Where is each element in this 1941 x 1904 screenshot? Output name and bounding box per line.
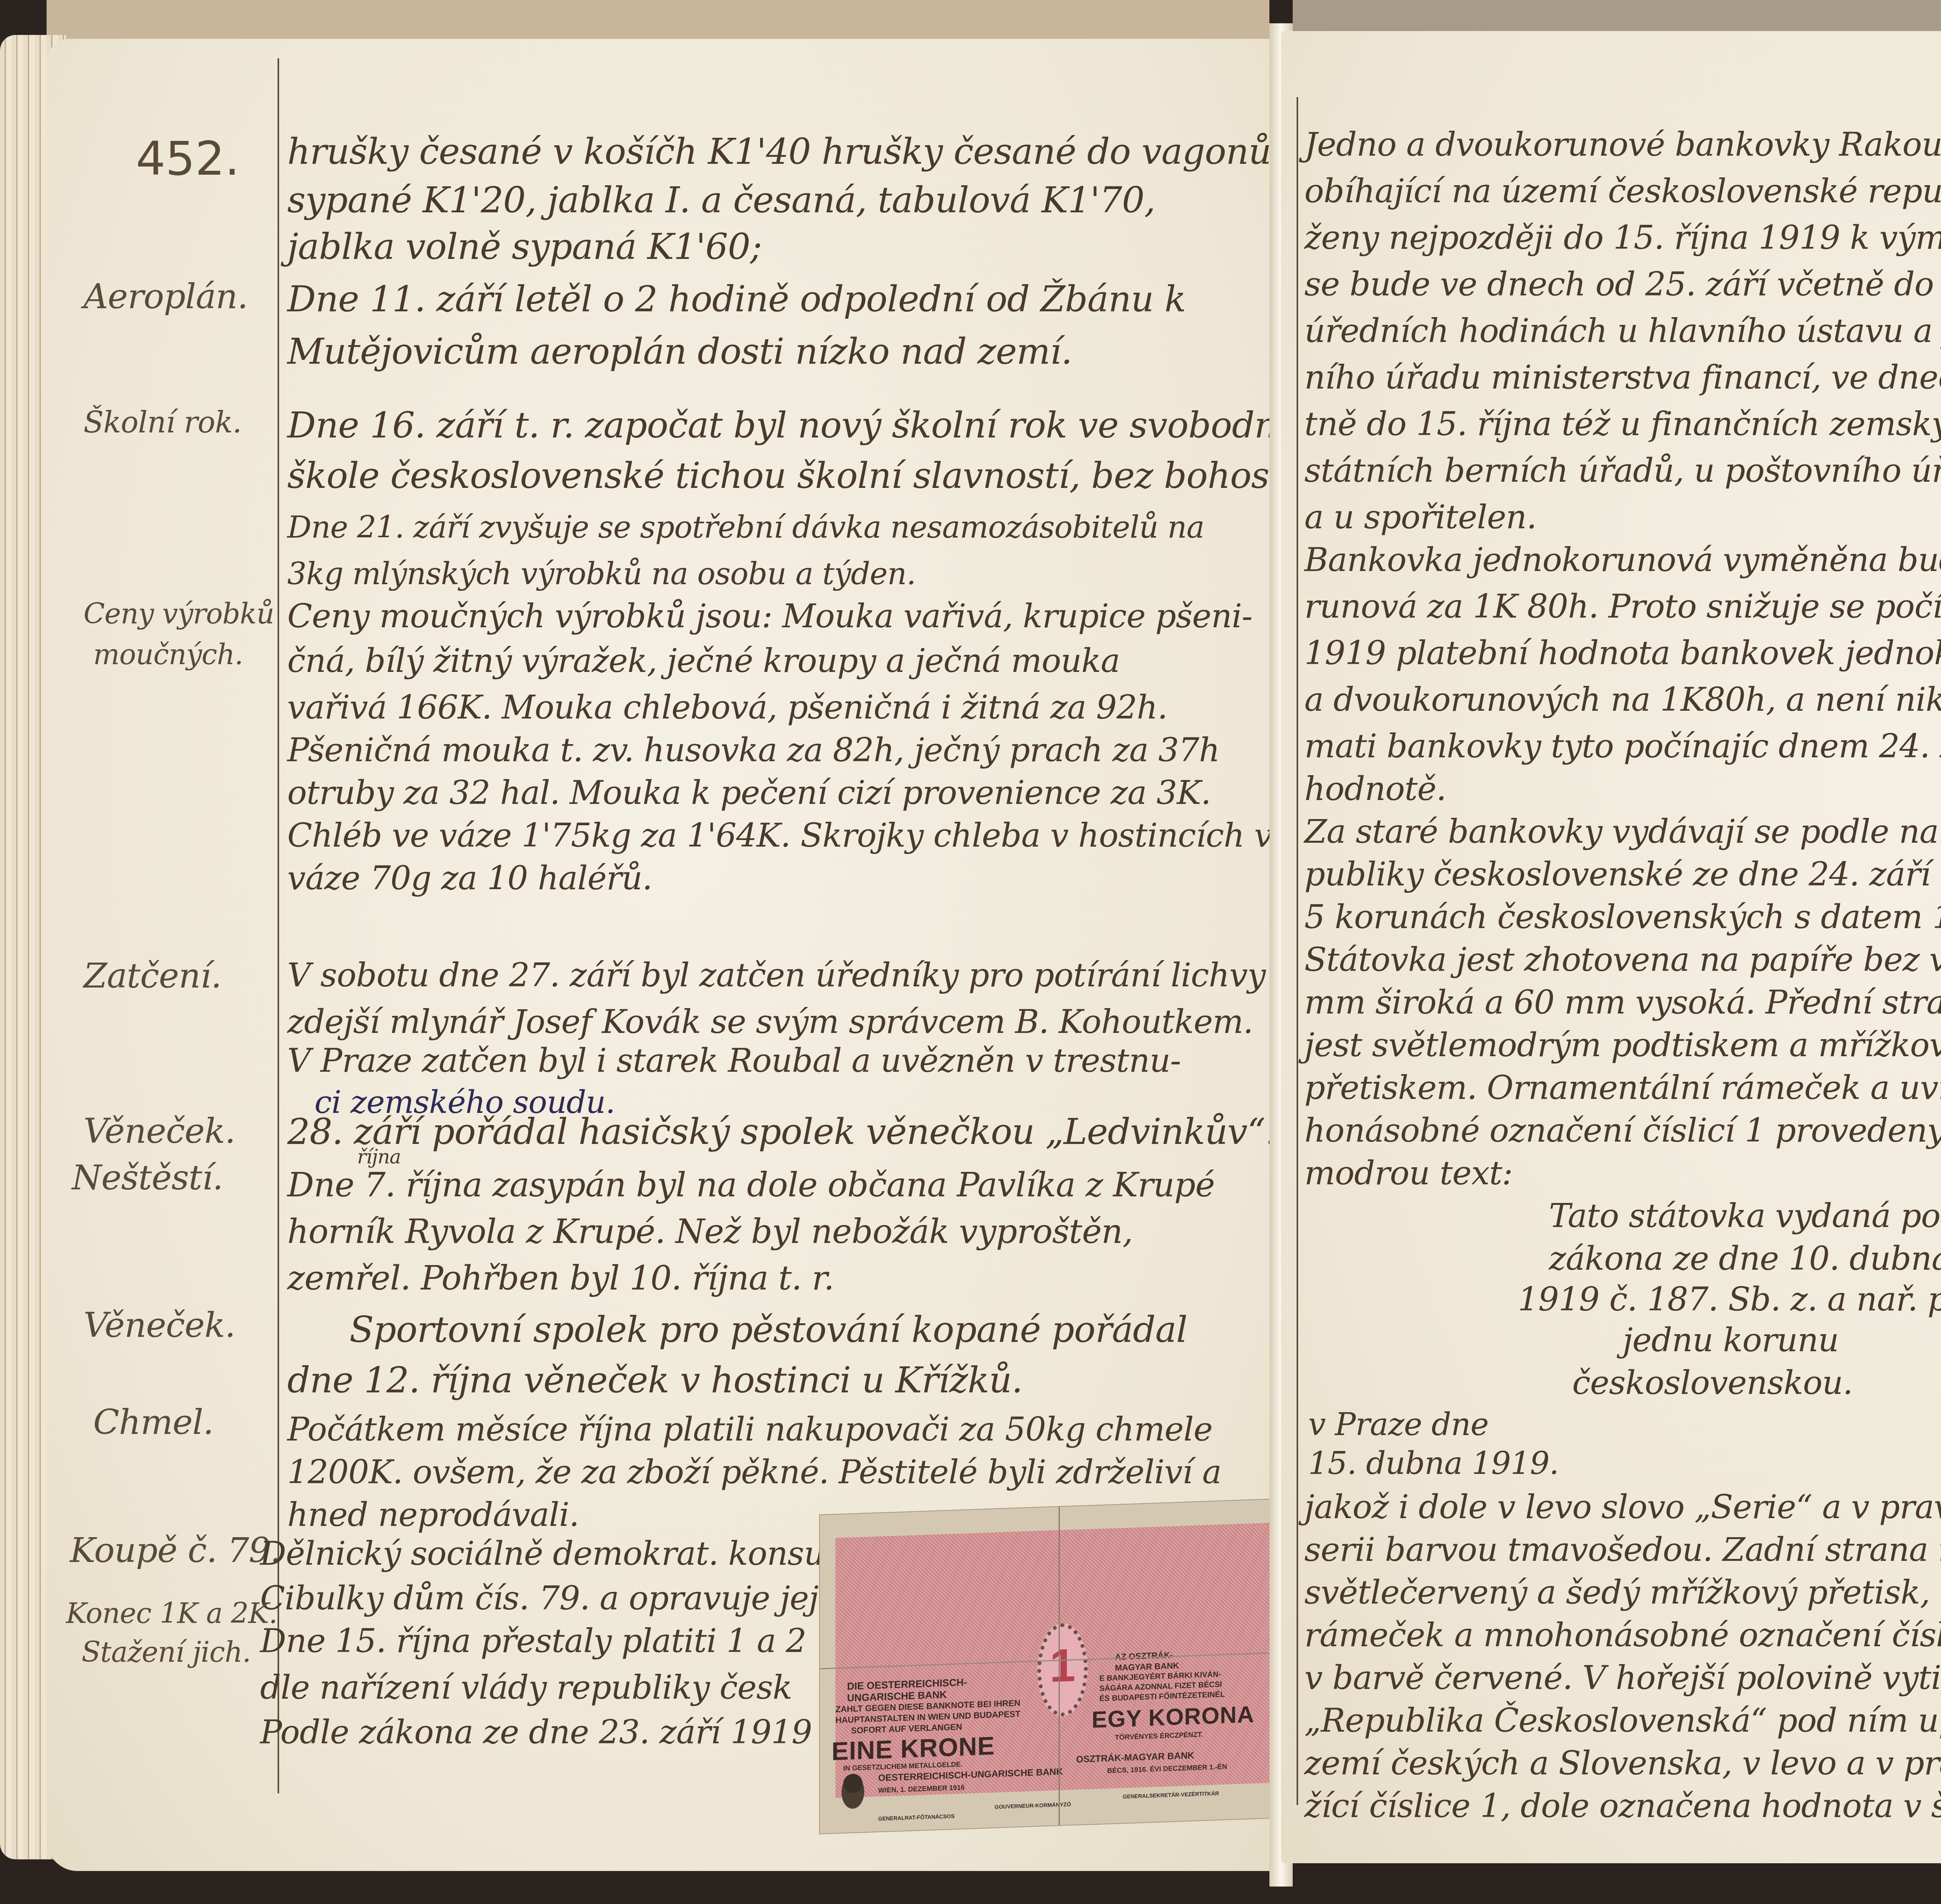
banknote-sig-label: GENERALRAT-FŐTANÁCSOS (878, 1813, 955, 1822)
entry-line: vařivá 166K. Mouka chlebová, pšeničná i … (287, 691, 1167, 724)
margin-heading-chmel: Chmel. (93, 1405, 214, 1439)
page-number-left: 452. (136, 132, 240, 186)
margin-heading-zatceni: Zatčení. (83, 959, 221, 993)
entry-line: tně do 15. října též u finančních zemský… (1304, 408, 1941, 440)
entry-line: dne 12. října věneček v hostinci u Křížk… (287, 1362, 1023, 1398)
entry-line: Mutějovicům aeroplán dosti nízko nad zem… (287, 334, 1072, 370)
entry-line: obíhající na území československé republ… (1304, 175, 1941, 207)
entry-line: úředních hodinách u hlavního ústavu a fi… (1304, 314, 1941, 347)
margin-heading-nestesti: Neštěstí. (72, 1161, 223, 1195)
entry-line: 28. září pořádal hasičský spolek věnečko… (287, 1114, 1276, 1150)
entry-line: jablka volně sypaná K1'60; (287, 229, 762, 265)
entry-line: Jedno a dvoukorunové bankovky Rakousko-u… (1304, 128, 1941, 161)
margin-heading-skolni-rok: Školní rok. (83, 408, 241, 437)
banknote-fold-vertical (1059, 1507, 1060, 1825)
margin-heading-aeroplan: Aeroplán. (83, 279, 248, 314)
entry-line: V Praze zatčen byl i starek Roubal a uvě… (287, 1044, 1181, 1077)
entry-line: zdejší mlynář Josef Kovák se svým správc… (287, 1005, 1253, 1038)
entry-line: Za staré bankovky vydávají se podle naří… (1304, 815, 1941, 848)
signature-date: 15. dubna 1919. (1308, 1448, 1559, 1479)
entry-line: Dělnický sociálně demokrat. konsum (260, 1537, 855, 1570)
quoted-line: československou. (1572, 1366, 1853, 1399)
quoted-line: zákona ze dne 10. dubna (1549, 1242, 1941, 1275)
entry-line: publiky československé ze dne 24. září 1… (1304, 858, 1941, 890)
open-book-spread: 452. hrušky česané v košíčh K1'40 hrušky… (0, 0, 1941, 1904)
entry-line: se bude ve dnech od 25. září včetně do 1… (1304, 268, 1941, 300)
entry-line: ženy nejpozději do 15. října 1919 k výmě… (1304, 221, 1941, 254)
margin-heading-venecek: Věneček. (83, 1114, 235, 1148)
entry-line: Dne 16. září t. r. započat byl nový škol… (287, 408, 1298, 443)
margin-heading-konec: Konec 1K a 2K. (66, 1599, 277, 1627)
banknote-denomination-de: EINE KRONE (832, 1732, 995, 1765)
entry-line: škole československé tichou školní slavn… (287, 458, 1375, 494)
entry-line: hodnotě. (1304, 772, 1446, 805)
entry-line: Sportovní spolek pro pěstování kopané po… (349, 1312, 1187, 1348)
entry-line: jakož i dole v levo slovo „Serie“ a v pr… (1304, 1491, 1941, 1523)
entry-line: žící číslice 1, dole označena hodnota v … (1304, 1789, 1941, 1822)
entry-line: Pšeničná mouka t. zv. husovka za 82h, je… (287, 734, 1220, 766)
margin-heading-venecek-2: Věneček. (83, 1308, 235, 1342)
margin-heading-stazeni: Stažení jich. (82, 1638, 251, 1666)
margin-heading-ceny-2: moučných. (93, 640, 243, 668)
entry-line: „Republika Československá“ pod ním upros… (1304, 1704, 1941, 1737)
entry-line: Dne 15. října přestaly platiti 1 a 2 (260, 1625, 806, 1657)
entry-line: horník Ryvola z Krupé. Než byl nebožák v… (287, 1215, 1133, 1248)
entry-line: jest světlemodrým podtiskem a mřížkovaný… (1304, 1029, 1941, 1061)
entry-line: Cibulky dům čís. 79. a opravuje jej j (260, 1582, 838, 1614)
entry-line: Státovka jest zhotovena na papíře bez vo… (1304, 943, 1941, 976)
signature-place: v Praze dne (1308, 1409, 1488, 1440)
entry-line: hrušky česané v košíčh K1'40 hrušky česa… (287, 134, 1271, 170)
entry-line: čná, bílý žitný výražek, ječné kroupy a … (287, 644, 1120, 677)
entry-line: sypané K1'20, jablka I. a česaná, tabulo… (287, 182, 1155, 218)
entry-line: rámeček a mnohonásobné označení číslicí … (1304, 1619, 1941, 1651)
entry-line: hned neprodávali. (287, 1498, 579, 1531)
quoted-line: jednu korunu (1623, 1324, 1839, 1356)
superscript-correction: října (357, 1147, 401, 1166)
entry-line: Chléb ve váze 1'75kg za 1'64K. Skrojky c… (287, 819, 1291, 852)
entry-line: honásobné označení číslicí 1 provedeny j… (1304, 1114, 1941, 1147)
margin-heading-koupe: Koupě č. 79. (70, 1533, 281, 1567)
entry-line: Bankovka jednokorunová vyměněna bude za … (1304, 543, 1941, 576)
entry-line: Podle zákona ze dne 23. září 1919 čís (260, 1716, 866, 1748)
entry-line: zemí českých a Slovenska, v levo a v pra… (1304, 1747, 1941, 1779)
entry-line: státních berních úřadů, u poštovního úřa… (1304, 454, 1941, 487)
entry-line: 3kg mlýnských výrobků na osobu a týden. (287, 559, 916, 589)
right-inner-margin-rule (1297, 97, 1298, 1805)
entry-line: světlečervený a šedý mřížkový přetisk, o… (1304, 1576, 1941, 1609)
entry-line: 1200K. ovšem, že za zboží pěkné. Pěstite… (287, 1456, 1221, 1488)
entry-line: Počátkem měsíce října platili nakupovači… (287, 1413, 1212, 1446)
entry-line: mm široká a 60 mm vysoká. Přední strana … (1304, 986, 1941, 1019)
entry-line: a dvoukorunových na 1K80h, a není nikdo … (1304, 683, 1941, 716)
margin-heading-ceny: Ceny výrobků (83, 600, 274, 628)
entry-line: Dne 7. října zasypán byl na dole občana … (287, 1168, 1215, 1202)
entry-line: dle nařízení vlády republiky česk (260, 1671, 792, 1704)
entry-line: serii barvou tmavošedou. Zadní strana má… (1304, 1533, 1941, 1566)
entry-line: mati bankovky tyto počínajíc dnem 24. zá… (1304, 730, 1941, 762)
entry-line: Dne 11. září letěl o 2 hodině odpolední … (287, 281, 1186, 317)
banknote-sig-label: GENERALSEKRETÄR-VEZÉRTITKÁR (1123, 1791, 1219, 1800)
banknote-header-line-hu: MAGYAR BANK (1115, 1661, 1179, 1672)
entry-line: přetiskem. Ornamentální rámeček a uvnitř… (1304, 1071, 1941, 1104)
quoted-line: Tato státovka vydaná podle (1549, 1199, 1941, 1232)
entry-line: Ceny moučných výrobků jsou: Mouka vařivá… (287, 600, 1252, 632)
entry-line: ního úřadu ministerstva financí, ve dnec… (1304, 361, 1941, 394)
entry-line: 5 korunách československých s datem 15. … (1304, 901, 1941, 933)
entry-line: runová za 1K 80h. Proto snižuje se počín… (1304, 590, 1941, 623)
entry-line: v barvě červené. V hořejší polovině vyti… (1304, 1661, 1941, 1694)
entry-line: váze 70g za 10 haléřů. (287, 862, 652, 894)
quoted-line: 1919 č. 187. Sb. z. a nař. platí (1518, 1283, 1941, 1316)
banknote-denomination-hu: EGY KORONA (1092, 1702, 1254, 1732)
double-headed-eagle-icon (835, 1766, 870, 1810)
entry-line: otruby za 32 hal. Mouka k pečení cizí pr… (287, 776, 1211, 809)
pasted-banknote-1-krone: 1 DIE OESTERREICHISCH- UNGARISCHE BANK Z… (819, 1498, 1298, 1834)
entry-line: modrou text: (1304, 1157, 1512, 1189)
entry-line: Dne 21. září zvyšuje se spotřební dávka … (287, 512, 1204, 543)
entry-line: zemřel. Pohřben byl 10. října t. r. (287, 1262, 834, 1295)
entry-line: a u spořitelen. (1304, 501, 1536, 533)
entry-line: 1919 platební hodnota bankovek jednokoru… (1304, 637, 1941, 669)
entry-line: V sobotu dne 27. září byl zatčen úředník… (287, 959, 1266, 991)
